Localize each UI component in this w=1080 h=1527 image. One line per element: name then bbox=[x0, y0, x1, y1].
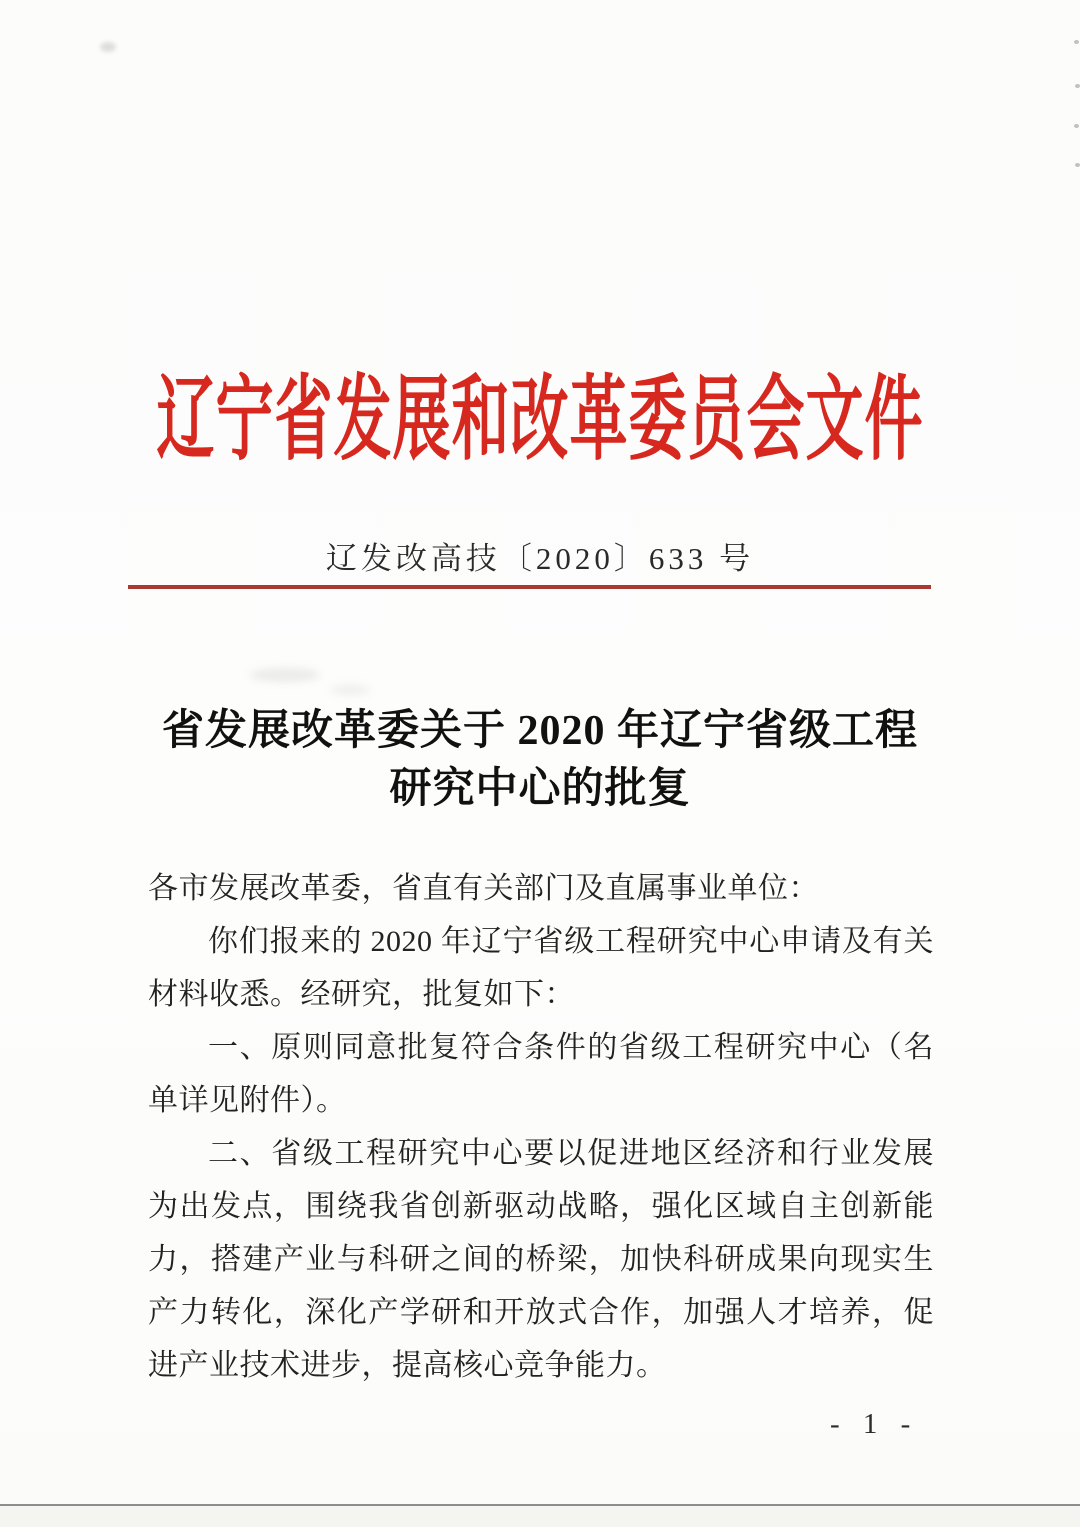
paragraph-item-1: 一、原则同意批复符合条件的省级工程研究中心（名单详见附件）。 bbox=[148, 1021, 934, 1127]
scan-artifact bbox=[1075, 163, 1080, 167]
page-number: - 1 - bbox=[830, 1408, 918, 1441]
scan-artifact bbox=[250, 668, 320, 682]
document-title-line1: 省发展改革委关于 2020 年辽宁省级工程 bbox=[90, 702, 990, 760]
paragraph-intro: 你们报来的 2020 年辽宁省级工程研究中心申请及有关材料收悉。经研究，批复如下… bbox=[148, 915, 934, 1021]
salutation: 各市发展改革委，省直有关部门及直属事业单位： bbox=[148, 862, 934, 915]
scan-artifact bbox=[330, 685, 370, 695]
scanned-document-page: 辽宁省发展和改革委员会文件 辽发改高技〔2020〕633 号 省发展改革委关于 … bbox=[0, 0, 1080, 1527]
org-header-title: 辽宁省发展和改革委员会文件 bbox=[156, 344, 923, 478]
scan-artifact bbox=[1074, 40, 1079, 44]
scan-artifact bbox=[1075, 84, 1080, 88]
paragraph-item-2: 二、省级工程研究中心要以促进地区经济和行业发展为出发点，围绕我省创新驱动战略，强… bbox=[148, 1127, 934, 1392]
scanner-background bbox=[0, 1506, 1080, 1527]
scan-artifact bbox=[100, 42, 116, 52]
document-title-line2: 研究中心的批复 bbox=[90, 760, 990, 818]
org-header: 辽宁省发展和改革委员会文件 bbox=[0, 352, 1080, 470]
document-title: 省发展改革委关于 2020 年辽宁省级工程 研究中心的批复 bbox=[90, 702, 990, 818]
red-divider-rule bbox=[128, 585, 931, 589]
document-number: 辽发改高技〔2020〕633 号 bbox=[0, 533, 1080, 578]
scan-artifact bbox=[1074, 124, 1079, 128]
document-body: 各市发展改革委，省直有关部门及直属事业单位： 你们报来的 2020 年辽宁省级工… bbox=[148, 862, 934, 1392]
